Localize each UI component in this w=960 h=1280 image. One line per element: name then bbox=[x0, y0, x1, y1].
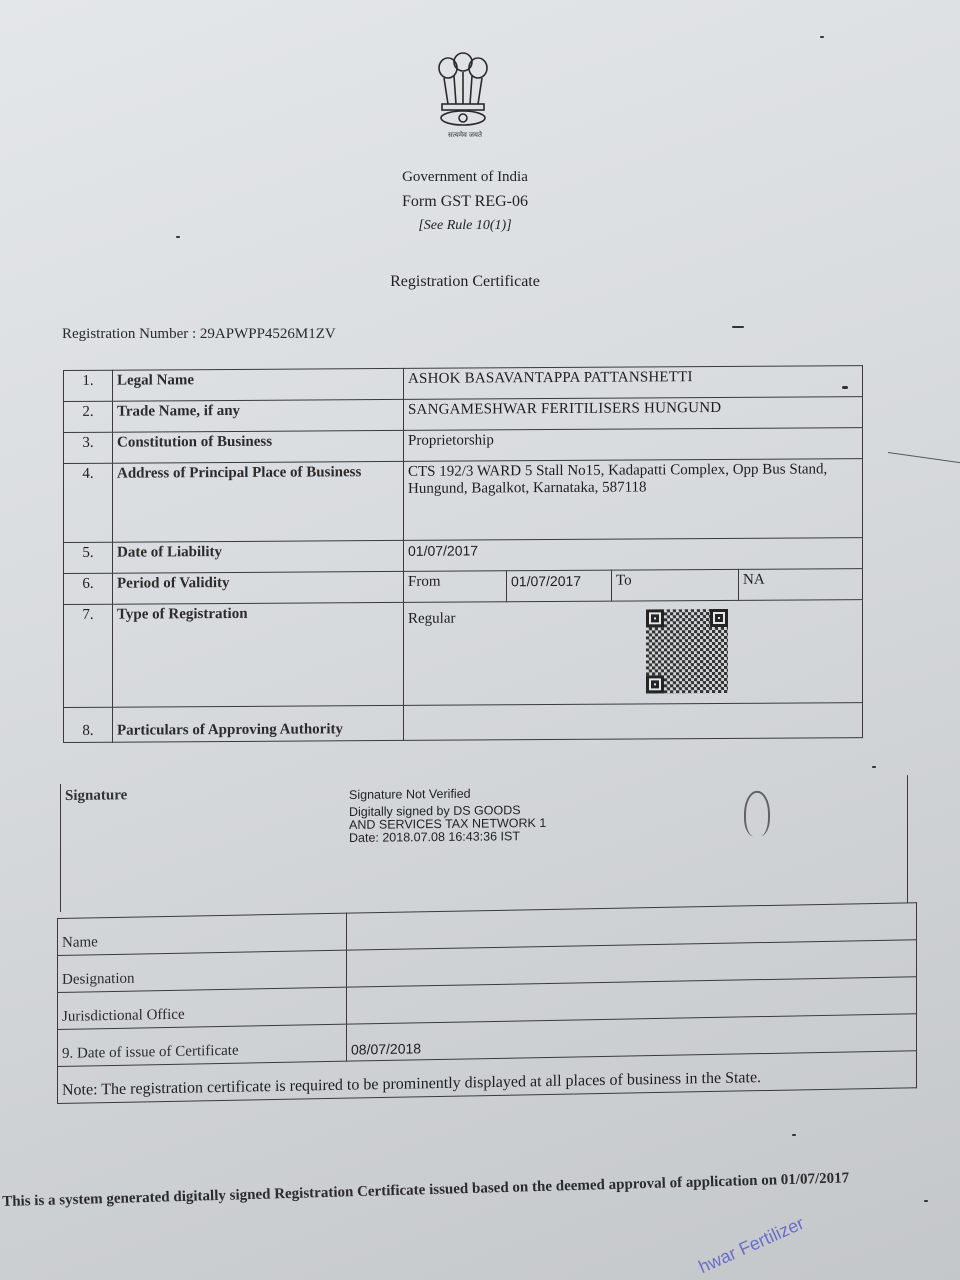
validity-to-label: To bbox=[612, 569, 739, 601]
speck bbox=[842, 386, 848, 389]
certificate-page: सत्यमेव जयते Government of India Form GS… bbox=[0, 0, 960, 1280]
row-number: 2. bbox=[64, 401, 113, 432]
jurisdictional-office-label: Jurisdictional Office bbox=[58, 987, 347, 1029]
national-emblem-icon bbox=[430, 48, 496, 128]
table-row: 2. Trade Name, if any SANGAMESHWAR FERIT… bbox=[64, 397, 863, 433]
row-number: 4. bbox=[64, 463, 113, 542]
field-label: Constitution of Business bbox=[113, 430, 404, 463]
address-value: CTS 192/3 WARD 5 Stall No15, Kadapatti C… bbox=[404, 459, 863, 541]
document-title: Registration Certificate bbox=[0, 273, 930, 291]
field-label: Date of Liability bbox=[113, 540, 404, 573]
speck bbox=[872, 766, 876, 768]
row-number: 5. bbox=[64, 542, 113, 573]
system-generated-footer: This is a system generated digitally sig… bbox=[2, 1166, 960, 1211]
signature-question-icon bbox=[744, 791, 770, 837]
registration-number: Registration Number : 29APWPP4526M1ZV bbox=[62, 326, 336, 343]
field-label: Trade Name, if any bbox=[113, 399, 404, 432]
field-label: Particulars of Approving Authority bbox=[113, 705, 404, 742]
speck bbox=[176, 236, 180, 238]
approving-authority-value bbox=[404, 703, 863, 741]
rule-reference: [See Rule 10(1)] bbox=[0, 218, 930, 234]
emblem-motto: सत्यमेव जयते bbox=[433, 131, 497, 140]
field-label: Address of Principal Place of Business bbox=[113, 461, 404, 542]
signature-date: Date: 2018.07.08 16:43:36 IST bbox=[349, 830, 546, 845]
registration-type-cell: Regular bbox=[404, 600, 863, 706]
validity-to-value: NA bbox=[739, 569, 863, 601]
table-row: 5. Date of Liability 01/07/2017 bbox=[64, 538, 863, 574]
signature-status: Signature Not Verified bbox=[349, 787, 546, 802]
table-row: 7. Type of Registration Regular bbox=[64, 600, 863, 708]
qr-code-icon bbox=[646, 609, 728, 694]
row-number: 3. bbox=[64, 432, 113, 463]
registration-number-value: 29APWPP4526M1ZV bbox=[200, 326, 336, 342]
speck bbox=[792, 1134, 796, 1136]
speck bbox=[820, 36, 824, 38]
field-label: Period of Validity bbox=[113, 571, 404, 604]
table-row: 4. Address of Principal Place of Busines… bbox=[64, 459, 863, 543]
signature-block: Signature Signature Not Verified Digital… bbox=[60, 775, 908, 912]
constitution-value: Proprietorship bbox=[404, 428, 863, 462]
designation-label: Designation bbox=[58, 950, 347, 992]
validity-from-label: From bbox=[404, 571, 507, 603]
row-number: 6. bbox=[64, 573, 113, 604]
speck bbox=[924, 1200, 928, 1202]
government-heading: Government of India bbox=[0, 169, 930, 186]
signature-label: Signature bbox=[65, 787, 127, 805]
authority-name-label: Name bbox=[58, 913, 347, 955]
field-label: Legal Name bbox=[113, 368, 404, 401]
table-row: 6. Period of Validity From 01/07/2017 To… bbox=[64, 569, 863, 605]
row-number: 8. bbox=[64, 707, 113, 742]
speck bbox=[732, 326, 744, 328]
authority-table: Name Designation Jurisdictional Office 9… bbox=[57, 902, 917, 1104]
row-number: 1. bbox=[64, 370, 113, 401]
registration-number-label: Registration Number : bbox=[62, 326, 200, 342]
pen-mark bbox=[888, 452, 960, 464]
digital-signature: Signature Not Verified Digitally signed … bbox=[349, 787, 546, 845]
validity-from-value: 01/07/2017 bbox=[507, 570, 612, 602]
legal-name-value: ASHOK BASAVANTAPPA PATTANSHETTI bbox=[404, 366, 863, 400]
row-number: 7. bbox=[64, 604, 113, 707]
table-row: 3. Constitution of Business Proprietorsh… bbox=[64, 428, 863, 464]
table-row: 1. Legal Name ASHOK BASAVANTAPPA PATTANS… bbox=[64, 366, 863, 402]
field-label: Type of Registration bbox=[113, 602, 404, 707]
date-of-liability-value: 01/07/2017 bbox=[404, 538, 863, 572]
issue-date-label: 9. Date of issue of Certificate bbox=[58, 1024, 347, 1066]
table-row: 8. Particulars of Approving Authority bbox=[64, 703, 863, 743]
trade-name-value: SANGAMESHWAR FERITILISERS HUNGUND bbox=[404, 397, 863, 431]
form-heading: Form GST REG-06 bbox=[0, 193, 930, 211]
business-stamp: hwar Fertilizer bbox=[696, 1213, 808, 1278]
registration-details-table: 1. Legal Name ASHOK BASAVANTAPPA PATTANS… bbox=[63, 365, 863, 743]
registration-type-value: Regular bbox=[408, 611, 455, 628]
